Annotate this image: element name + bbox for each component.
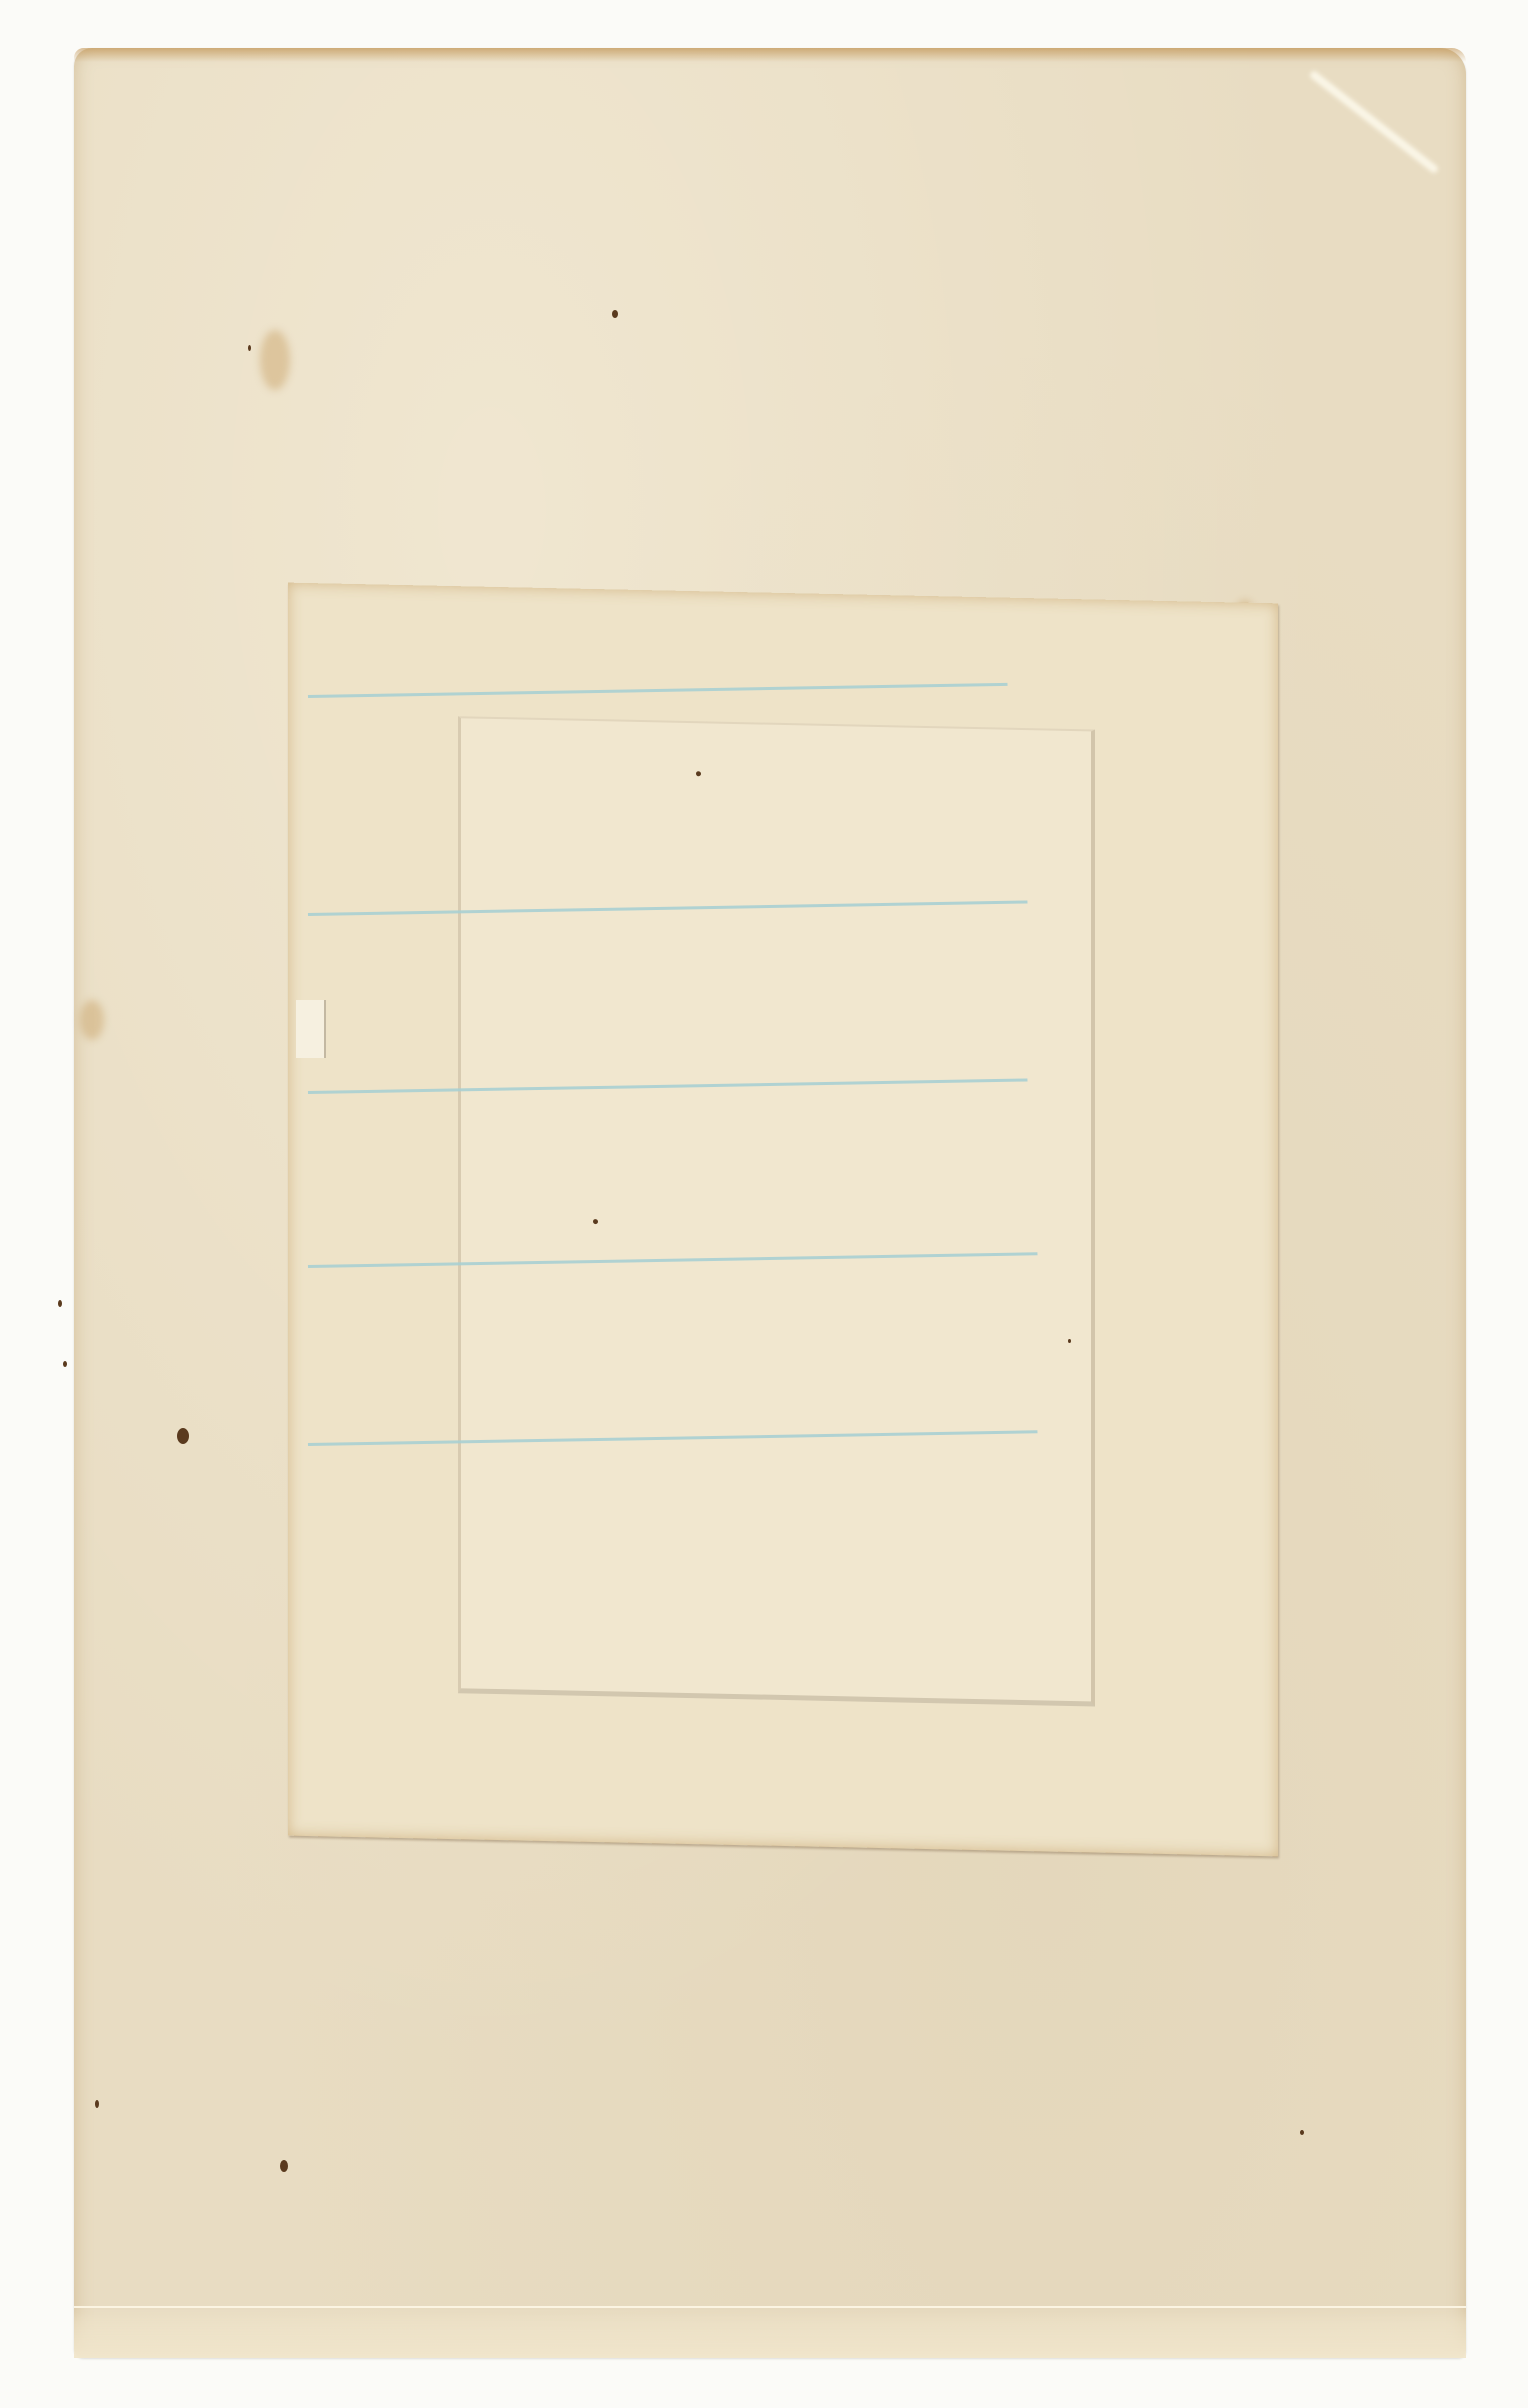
foxing-spot <box>95 2100 99 2108</box>
foxing-spot <box>1300 2130 1304 2135</box>
card-corner-crease <box>1308 70 1439 175</box>
photo-impression-outline <box>458 716 1095 1706</box>
foxing-spot <box>280 2160 288 2172</box>
foxing-spot <box>612 310 618 318</box>
paper-torn-tab <box>296 1000 326 1058</box>
foxing-spot <box>1068 1339 1071 1343</box>
mounted-ruled-paper <box>288 583 1278 1857</box>
scan-background <box>0 0 1528 2408</box>
foxing-spot <box>63 1361 67 1367</box>
age-stain <box>80 1000 104 1040</box>
foxing-spot <box>593 1219 598 1224</box>
foxing-spot <box>177 1428 189 1444</box>
foxing-spot <box>696 771 701 776</box>
foxing-spot <box>248 345 251 351</box>
card-bottom-worn-edge <box>74 2306 1466 2358</box>
age-stain <box>260 330 290 390</box>
card-top-edge-stain <box>74 48 1466 62</box>
foxing-spot <box>58 1300 62 1307</box>
ruled-line <box>308 683 1008 698</box>
